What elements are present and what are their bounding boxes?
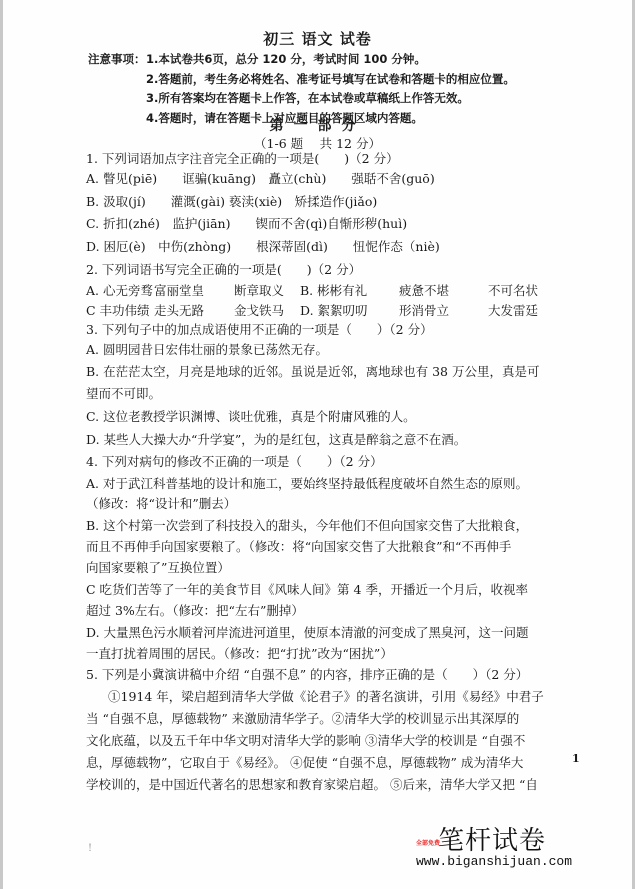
question-5-line: ①1914 年，梁启超到清华大学做《论君子》的著名演讲，引用《易经》中君子 xyxy=(108,688,544,706)
exam-title: 初三 语文 试卷 xyxy=(0,28,635,49)
question-3-option: C. 这位老教授学识渊博、谈吐优雅，真是个附庸风雅的人。 xyxy=(86,408,416,426)
stray-mark: ! xyxy=(88,843,92,854)
question-4-line: 超过 3%左右。（修改：把“左右”删掉） xyxy=(86,602,304,620)
question-5-line: 当 “自强不息，厚德载物” 来激励清华学子。②清华大学的校训显示出其深厚的 xyxy=(86,710,519,728)
question-4-line: D. 大量黑色污水顺着河岸流进河道里，使原本清澈的河变成了黑臭河，这一问题 xyxy=(86,624,529,642)
word-option: D. 絮絮叨叨 xyxy=(300,302,400,320)
word-option: 疲惫不堪 xyxy=(399,282,479,300)
notice-item: 2.答题前，考生务必将姓名、准考证号填写在试卷和答题卡的相应位置。 xyxy=(146,70,515,90)
word-option: C 丰功伟绩 xyxy=(86,302,154,320)
page-number: 1 xyxy=(572,752,580,765)
question-4-line: 而且不再伸手向国家要粮了。（修改：将“向国家交售了大批粮食”和“不再伸手 xyxy=(86,538,511,556)
word-option: B. 彬彬有礼 xyxy=(300,282,400,300)
word-option: 富丽堂皇 xyxy=(154,282,234,300)
part-title: 第一部分 xyxy=(0,115,635,135)
question-1-option: D. 困厄(è) 中伤(zhòng) 根深蒂固(dì) 忸怩作态（niè) xyxy=(86,238,440,256)
word-option: A. 心无旁骛 xyxy=(86,282,154,300)
question-3-option: B. 在茫茫太空，月亮是地球的近邻。虽说是近邻，离地球也有 38 万公里，真是可 xyxy=(86,363,540,381)
word-option: 形消骨立 xyxy=(399,302,479,320)
question-4-stem: 4. 下列对病句的修改不正确的一项是（ ）（2 分） xyxy=(86,453,383,471)
question-3-stem: 3. 下列句子中的加点成语使用不正确的一项是（ ）（2 分） xyxy=(86,321,433,339)
question-5-line: 文化底蕴，以及五千年中华文明对清华大学的影响 ③清华大学的校训是 “自强不 xyxy=(86,732,525,750)
word-option: 大发雷廷 xyxy=(488,302,568,320)
question-1-option: A. 瞥见(piē) 诓骗(kuāng) 矗立(chù) 强聒不舍(guō) xyxy=(86,170,435,188)
question-4-line: 向国家要粮了”互换位置） xyxy=(86,559,230,577)
question-3-option: D. 某些人大操大办“升学宴”，为的是红包，这真是醉翁之意不在酒。 xyxy=(86,431,466,449)
question-4-line: 一直打扰着周围的居民。（修改：把“打扰”改为“困扰”） xyxy=(86,645,393,663)
notice-item: 3.所有答案均在答题卡上作答，在本试卷或草稿纸上作答无效。 xyxy=(146,89,515,109)
notice-label: 注意事项： xyxy=(88,50,146,69)
question-1-option: B. 汲取(jí) 灌溉(gài) 亵渎(xiè) 矫揉造作(jiǎo) xyxy=(86,193,377,211)
question-4-line: （修改：将“设计和”删去） xyxy=(86,495,236,513)
question-1-option: C. 折扣(zhé) 监护(jiān) 锲而不舍(qì)自惭形秽(huì) xyxy=(86,215,407,233)
question-4-line: B. 这个村第一次尝到了科技投入的甜头，今年他们不但向国家交售了大批粮食， xyxy=(86,517,528,535)
question-5-line: 学校训的，是中国近代著名的思想家和教育家梁启超。 ⑤后来，清华大学又把 “自 xyxy=(86,776,538,794)
word-option: 走头无路 xyxy=(154,302,234,320)
question-2-row: A. 心无旁骛 富丽堂皇 断章取义 B. 彬彬有礼 疲惫不堪 不可名状 xyxy=(86,282,154,300)
question-1-stem: 1. 下列词语加点字注音完全正确的一项是( )（2 分） xyxy=(86,150,399,168)
question-3-option: A. 圆明园昔日宏伟壮丽的景象已荡然无存。 xyxy=(86,341,328,359)
question-5-line: 息，厚德载物”，它取自于《易经》。 ④促使 “自强不息，厚德载物” 成为清华大 xyxy=(86,754,523,772)
word-option: 不可名状 xyxy=(488,282,568,300)
watermark-tag: 全部免费 xyxy=(416,838,440,847)
question-4-line: A. 对于武江科普基地的设计和施工，要始终坚持最低程度破坏自然生态的原则。 xyxy=(86,475,528,493)
question-2-stem: 2. 下列词语书写完全正确的一项是( )（2 分） xyxy=(86,261,361,279)
question-2-row: C 丰功伟绩 走头无路 金戈铁马 D. 絮絮叨叨 形消骨立 大发雷廷 xyxy=(86,302,154,320)
watermark-logo: 全部免费 笔杆试卷 www.biganshijuan.com xyxy=(412,820,572,880)
question-3-option: 望而不可即。 xyxy=(86,385,161,403)
watermark-title: 笔杆试卷 xyxy=(438,820,546,857)
question-5-stem: 5. 下列是小冀演讲稿中介绍 “自强不息” 的内容，排序正确的是（ ）（2 分） xyxy=(86,666,528,684)
watermark-url: www.biganshijuan.com xyxy=(416,854,572,869)
question-4-line: C 吃货们苦等了一年的美食节目《风味人间》第 4 季，开播近一个月后，收视率 xyxy=(86,581,528,599)
notice-item: 1.本试卷共6页，总分 120 分，考试时间 100 分钟。 xyxy=(146,50,515,70)
